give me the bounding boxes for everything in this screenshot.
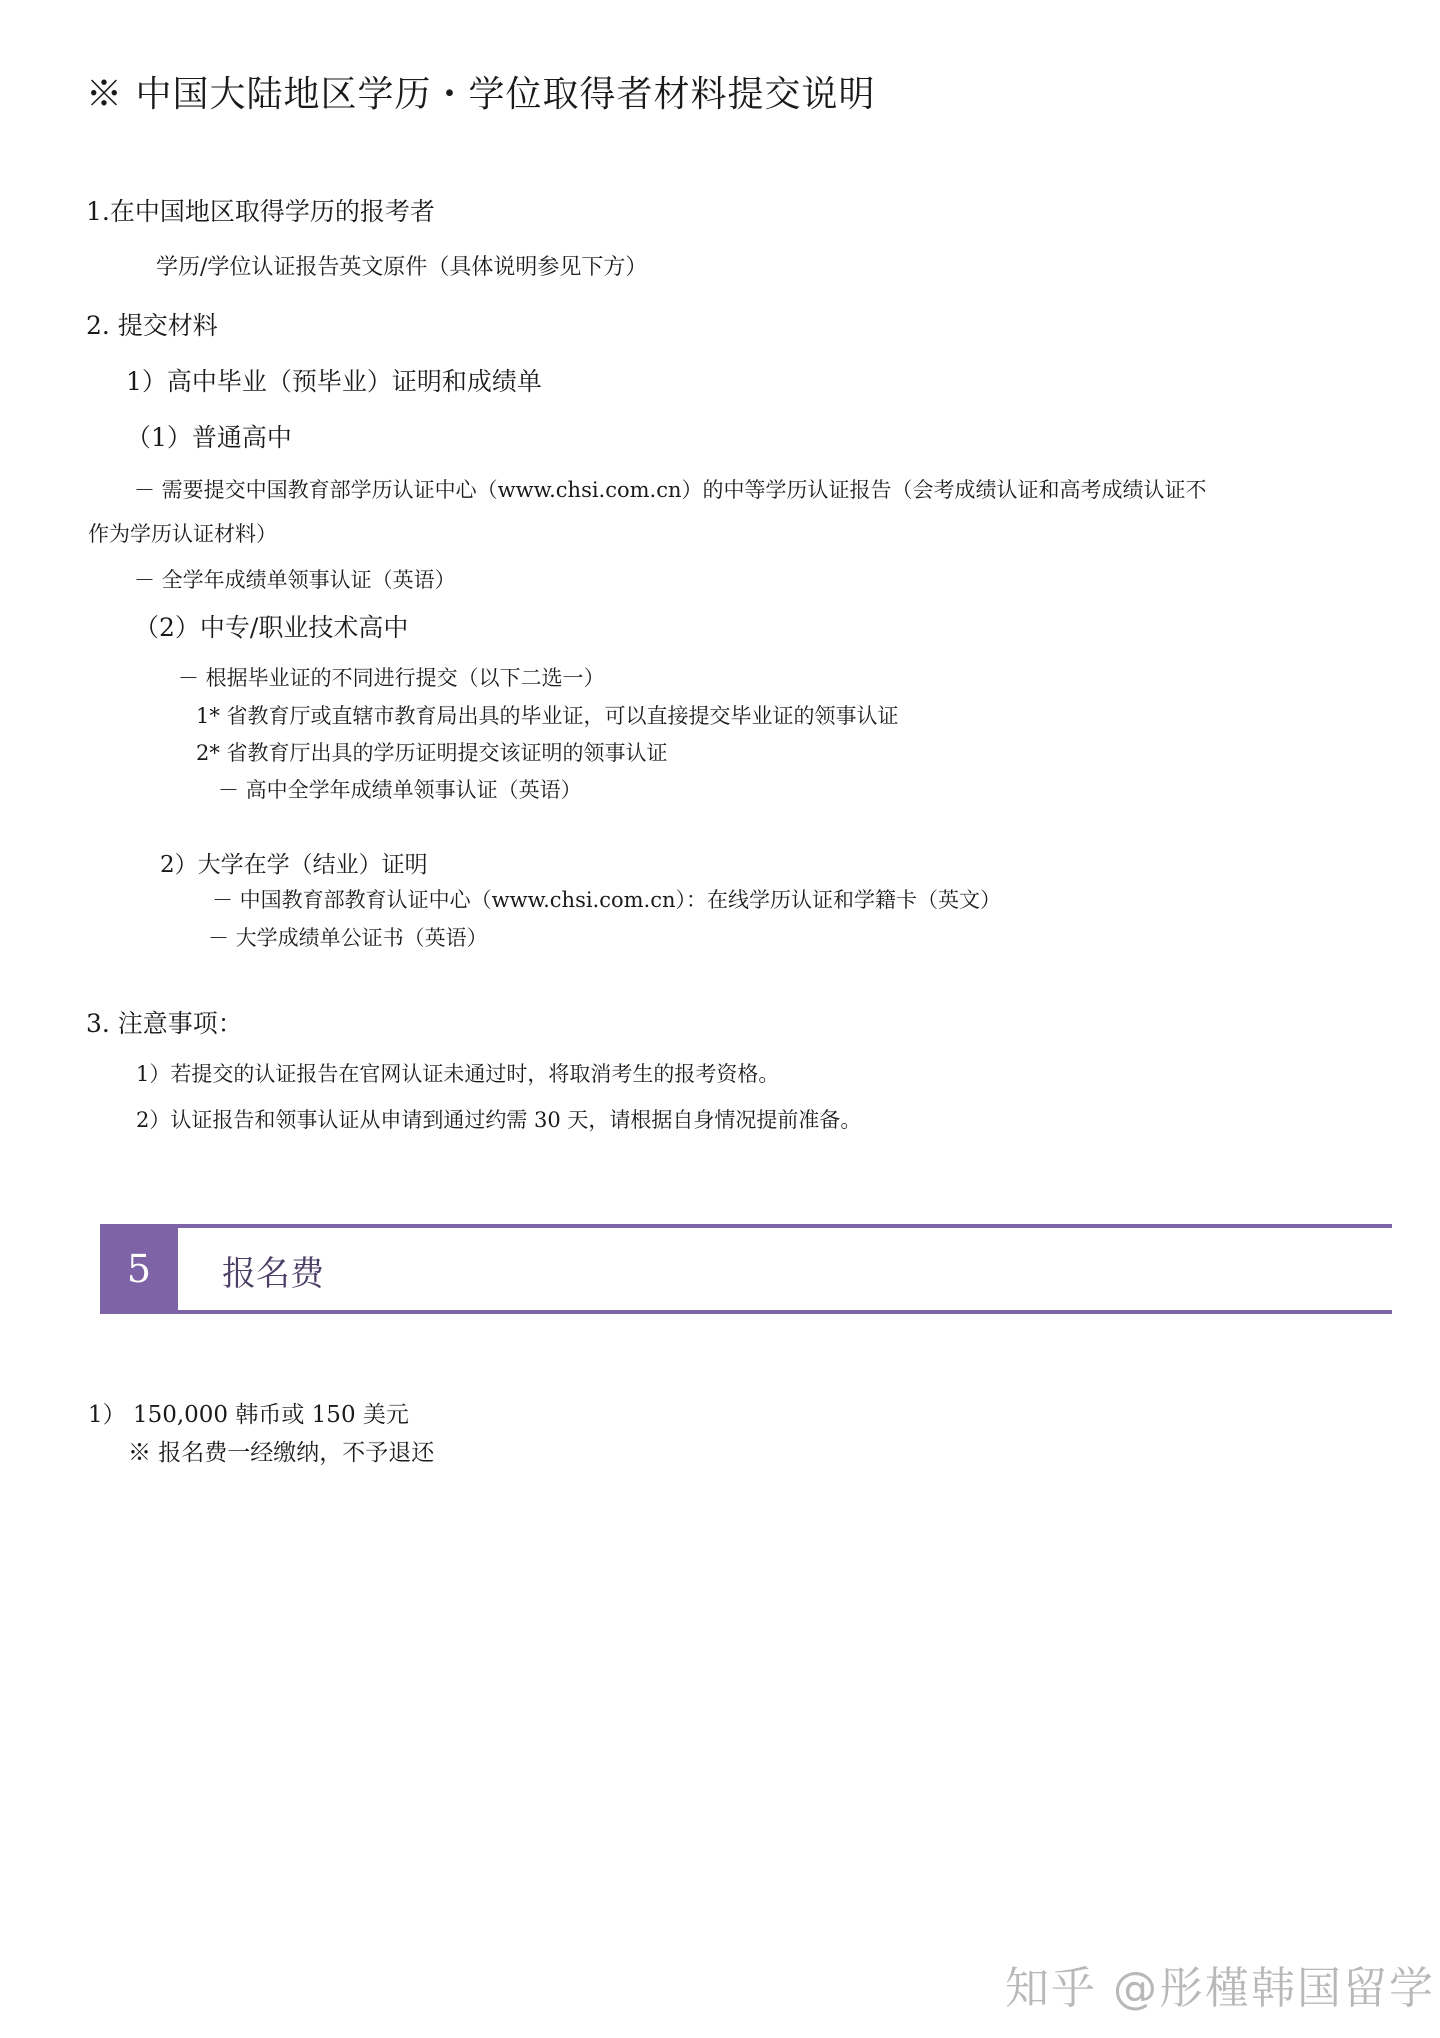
sub1-heading: 1）高中毕业（预毕业）证明和成绩单 xyxy=(126,362,542,398)
sub2-heading: 2）大学在学（结业）证明 xyxy=(160,846,428,879)
sub2-item: － 大学成绩单公证书（英语） xyxy=(208,922,488,952)
general-highschool-heading: （1）普通高中 xyxy=(126,418,292,454)
vocational-item: － 高中全学年成绩单领事认证（英语） xyxy=(218,774,582,804)
watermark: 知乎 @彤槿韩国留学 xyxy=(1005,1952,1435,2016)
general-item: － 全学年成绩单领事认证（英语） xyxy=(134,564,456,594)
general-item: － 需要提交中国教育部学历认证中心（www.chsi.com.cn）的中等学历认… xyxy=(134,474,1207,504)
fee-note: ※ 报名费一经缴纳，不予退还 xyxy=(128,1434,434,1467)
section2-heading: 2. 提交材料 xyxy=(86,306,218,342)
sub2-item: － 中国教育部教育认证中心（www.chsi.com.cn）：在线学历认证和学籍… xyxy=(212,884,1001,914)
vocational-item: 1* 省教育厅或直辖市教育局出具的毕业证，可以直接提交毕业证的领事认证 xyxy=(196,700,899,730)
fee-item: 1） 150,000 韩币或 150 美元 xyxy=(88,1396,409,1429)
vocational-item: － 根据毕业证的不同进行提交（以下二选一） xyxy=(178,662,605,692)
section-title: 报名费 xyxy=(222,1246,324,1295)
section-number-badge: 5 xyxy=(100,1224,178,1314)
vocational-item: 2* 省教育厅出具的学历证明提交该证明的领事认证 xyxy=(196,737,668,767)
vocational-heading: （2）中专/职业技术高中 xyxy=(134,608,408,644)
divider xyxy=(100,1224,1392,1228)
notice-item: 1）若提交的认证报告在官网认证未通过时，将取消考生的报考资格。 xyxy=(136,1058,779,1088)
section1-heading: 1.在中国地区取得学历的报考者 xyxy=(86,192,435,228)
section-header-bar: 5 报名费 xyxy=(100,1224,1392,1314)
divider xyxy=(100,1310,1392,1314)
document-title: ※ 中国大陆地区学历・学位取得者材料提交说明 xyxy=(86,66,875,117)
section3-heading: 3. 注意事项： xyxy=(86,1004,243,1040)
section1-body: 学历/学位认证报告英文原件（具体说明参见下方） xyxy=(156,250,647,281)
notice-item: 2）认证报告和领事认证从申请到通过约需 30 天，请根据自身情况提前准备。 xyxy=(136,1104,861,1134)
general-item: 作为学历认证材料） xyxy=(88,518,277,548)
